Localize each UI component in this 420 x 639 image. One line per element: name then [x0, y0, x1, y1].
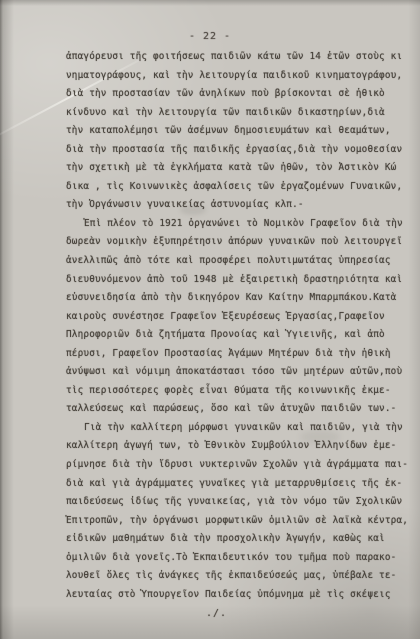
- text-line: Γιὰ τὴν καλλίτερη μόρφωσι γυναικῶν καὶ π…: [66, 419, 414, 438]
- text-line: ταλλεύσεως καὶ παρώσεως, ὅσο καὶ τῶν ἀτυ…: [66, 400, 414, 419]
- text-line: ἀπαγόρευσι τῆς φοιτήσεως παιδιῶν κάτω τῶ…: [66, 48, 414, 67]
- text-line: εὐσυνειδησία ἀπὸ τὴν δικηγόρον Καν Καίτη…: [66, 289, 414, 308]
- text-line: διὰ καὶ γιὰ ἀγράμματες γυναῖκες γιὰ μετα…: [66, 475, 414, 494]
- text-line: καιροὺς συνέστησε Γραφεῖον Ἐξευρέσεως Ἐρ…: [66, 308, 414, 327]
- text-line: τὴν Ὀργάνωσιν γυναικείας ἀστυνομίας κλπ.…: [66, 196, 414, 215]
- text-line: τὴν καταπολέμησι τῶν ἀσέμνων δημοσιευμάτ…: [66, 122, 414, 141]
- text-line: δωρεὰν νομικὴν ἐξυπηρέτησιν ἀπόρων γυναι…: [66, 233, 414, 252]
- text-line: ἀνύψωσι καὶ νόμιμη ἀποκατάστασι τόσο τῶν…: [66, 363, 414, 382]
- text-line: διευθυνόμενον ἀπὸ τοῦ 1948 μὲ ἐξαιρετικὴ…: [66, 271, 414, 290]
- text-line: κίνδυνο καὶ τὴν λειτουργία τῶν παιδικῶν …: [66, 104, 414, 123]
- paragraph: Γιὰ τὴν καλλίτερη μόρφωσι γυναικῶν καὶ π…: [66, 419, 414, 604]
- text-line: εἰδικῶν μαθημάτων διὰ τὴν προσχολικὴν Ἀγ…: [66, 530, 414, 549]
- text-line: διὰ τὴν προστασία τῆς παιδικῆς ἐργασίας,…: [66, 141, 414, 160]
- paragraph: Ἐπὶ πλέον τὸ 1921 ὀργανώνει τὸ Νομικὸν Γ…: [66, 215, 414, 419]
- text-line: δικα , τὶς Κοινωνικὲς ἀσφαλίσεις τῶν ἐργ…: [66, 178, 414, 197]
- text-line: ὁμιλιῶν διὰ γονεῖς.Τὸ Ἐκπαιδευτικόν του …: [66, 549, 414, 568]
- text-line: παιδεύσεως ἰδίως τῆς γυναικείας, γιὰ τὸν…: [66, 493, 414, 512]
- text-line: τὴν σχετικὴ μὲ τὰ ἐγκλήματα κατὰ τῶν ἠθῶ…: [66, 159, 414, 178]
- text-line: ρίμνησε διὰ τὴν ἵδρυσι νυκτερινῶν Σχολῶν…: [66, 456, 414, 475]
- text-line: διὰ τὴν προστασίαν τῶν ἀνηλίκων ποὺ βρίσ…: [66, 85, 414, 104]
- text-line: λουθεῖ ὅλες τὶς ἀνάγκες τῆς ἐκπαιδεύσεώς…: [66, 567, 414, 586]
- scanned-document-page: - 22 - ἀπαγόρευσι τῆς φοιτήσεως παιδιῶν …: [0, 0, 420, 639]
- page-number: - 22 -: [0, 31, 420, 42]
- text-line: τὶς περισσότερες φορὲς εἶναι θύματα τῆς …: [66, 382, 414, 401]
- paragraph: ἀπαγόρευσι τῆς φοιτήσεως παιδιῶν κάτω τῶ…: [66, 48, 414, 215]
- text-line: ἀνελλιπῶς ἀπὸ τότε καὶ προσφέρει πολυτιμ…: [66, 252, 414, 271]
- document-text-block: ἀπαγόρευσι τῆς φοιτήσεως παιδιῶν κάτω τῶ…: [66, 48, 414, 604]
- text-line: Ἐπιτροπῶν, τὴν ὀργάνωσι μορφωτικῶν ὁμιλι…: [66, 512, 414, 531]
- text-line: καλλίτερη ἀγωγή των, τὸ Ἐθνικὸν Συμβούλι…: [66, 437, 414, 456]
- text-line: νηματογράφους, καὶ τὴν λειτουργία παιδικ…: [66, 67, 414, 86]
- continuation-mark: ./.: [206, 608, 227, 619]
- text-line: Ἐπὶ πλέον τὸ 1921 ὀργανώνει τὸ Νομικὸν Γ…: [66, 215, 414, 234]
- text-line: πέρυσι, Γραφεῖον Προστασίας Ἀγάμων Μητέρ…: [66, 345, 414, 364]
- text-line: λευταίας στὸ Ὑπουργεῖον Παιδείας ὑπόμνημ…: [66, 586, 414, 605]
- text-line: Πληροφοριῶν διὰ ζητήματα Προνοίας καὶ Ὑγ…: [66, 326, 414, 345]
